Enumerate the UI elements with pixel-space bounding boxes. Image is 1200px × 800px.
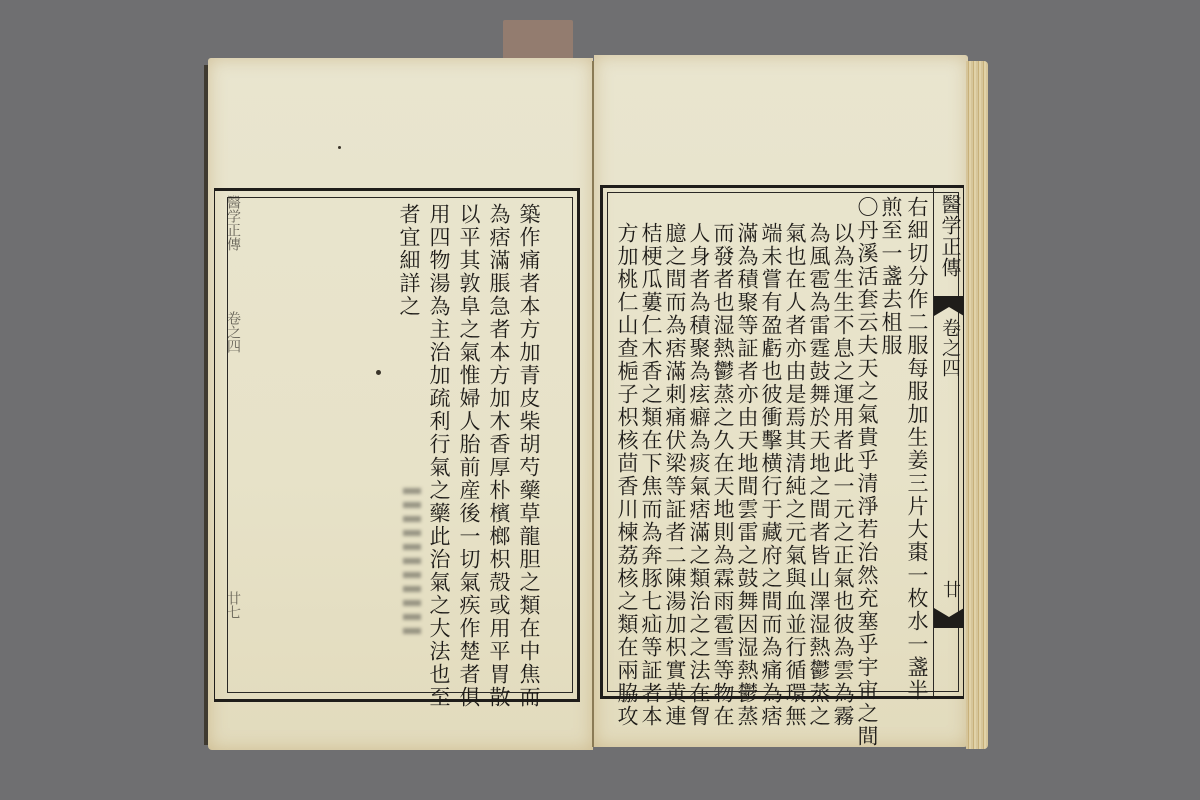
banxin-center-column: 醫学正傳 卷之四 廿 bbox=[933, 188, 964, 696]
text-column: 用四物湯為主治加疏利行氣之藥此治氣之大法也至 bbox=[425, 203, 453, 709]
ink-spot bbox=[338, 146, 341, 149]
left-page-border: 醫学正傳 卷之四 廿七 築作痛者本方加青皮柴胡芍藥草龍胆之類在中焦而 為痞滿脹急… bbox=[214, 188, 580, 702]
margin-title: 醫学正傳 bbox=[223, 195, 243, 251]
margin-page-number: 廿七 bbox=[223, 591, 243, 619]
fishtail-mark-icon bbox=[934, 296, 964, 316]
text-column: 方加桃仁山查梔子枳核茴香川楝荔核之類在兩脇攻 bbox=[613, 222, 641, 728]
text-column: 端未嘗有盈虧也彼衝擊横行于藏府之間而為痛為痞 bbox=[757, 222, 785, 728]
text-column: 為風雹為雷霆鼓舞於天地之間者皆山澤湿熱鬱蒸之 bbox=[805, 222, 833, 728]
text-column: 人身者為積聚為痃癖為痰氣痞滿之類治之之法在胷 bbox=[685, 222, 713, 728]
text-column: 煎至一盞去柤服 bbox=[877, 196, 905, 357]
text-column: 以為生生不息之運用者此一元之正氣也彼為雲為霧 bbox=[829, 222, 857, 728]
text-column: 以平其敦阜之氣惟婦人胎前産後一切氣疾作楚者俱 bbox=[455, 203, 483, 709]
fishtail-mark-icon bbox=[934, 608, 964, 628]
book-title: 醫学正傳 bbox=[936, 194, 965, 278]
volume-label: 卷之四 bbox=[937, 318, 964, 378]
text-column: 滿為積聚等証者亦由天地間雲雷之鼓舞因湿熱鬱蒸 bbox=[733, 222, 761, 728]
page-number: 廿 bbox=[937, 580, 963, 598]
text-column: 臆之間而為痞滿刺痛伏梁等証者二陳湯加枳實黄連 bbox=[661, 222, 689, 728]
right-page-border: 醫学正傳 卷之四 廿 右細切分作二服每服加生姜三片大棗一枚水一盞半 煎至一盞去柤… bbox=[600, 185, 964, 699]
open-book: 醫学正傳 卷之四 廿七 築作痛者本方加青皮柴胡芍藥草龍胆之類在中焦而 為痞滿脹急… bbox=[208, 55, 988, 752]
text-column: 者宜細詳之 bbox=[395, 203, 423, 318]
text-column: 氣也在人者亦由是焉其清純之元氣與血並行循環無 bbox=[781, 222, 809, 728]
left-page: 醫学正傳 卷之四 廿七 築作痛者本方加青皮柴胡芍藥草龍胆之類在中焦而 為痞滿脹急… bbox=[208, 58, 593, 750]
text-column: 右細切分作二服每服加生姜三片大棗一枚水一盞半 bbox=[903, 196, 931, 702]
text-column: 桔梗瓜蔞仁木香之類在下焦而為奔豚七疝等証者本 bbox=[637, 222, 665, 728]
margin-juan: 卷之四 bbox=[223, 311, 243, 353]
right-page: 醫学正傳 卷之四 廿 右細切分作二服每服加生姜三片大棗一枚水一盞半 煎至一盞去柤… bbox=[594, 55, 968, 747]
text-column: 為痞滿脹急者本方加木香厚朴檳榔枳殻或用平胃散 bbox=[485, 203, 513, 709]
text-column: 築作痛者本方加青皮柴胡芍藥草龍胆之類在中焦而 bbox=[515, 203, 543, 709]
page-stack-edge bbox=[966, 61, 988, 749]
text-column: 〇丹溪活套云夫天之氣貴乎清淨若治然充塞乎宇宙之間 bbox=[853, 196, 881, 748]
text-column: 而發者也湿熱鬱蒸之久在天地則為霖雨雹雪等物在 bbox=[709, 222, 737, 728]
